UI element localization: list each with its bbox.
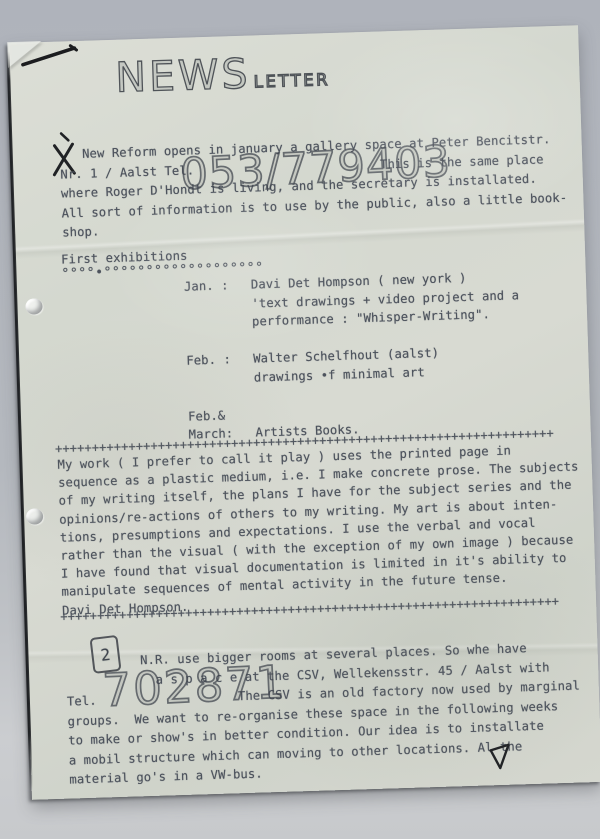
pen-arrow-mark <box>486 742 515 775</box>
hole-punch-bottom <box>26 508 43 525</box>
hole-punch-top <box>25 298 42 315</box>
pen-slash-mark <box>18 41 85 69</box>
pen-stroke-icon <box>18 41 85 69</box>
paper-left-edge-shadow <box>7 51 33 791</box>
scanned-newsletter-page: NEWS LETTER New Reform opens in january … <box>8 25 600 800</box>
newsletter-title: NEWS LETTER <box>115 47 331 102</box>
photo-background: { "header": { "title_main": "NEWS", "tit… <box>0 0 600 839</box>
phone-stamp-2: 702871 <box>101 655 287 717</box>
title-letter: LETTER <box>253 70 330 91</box>
artist-statement: My work ( I prefer to call it play ) use… <box>57 431 583 619</box>
exhibitions-list: Jan. : Davi Det Hompson ( new york ) 'te… <box>184 267 524 444</box>
arrowhead-icon <box>486 742 515 775</box>
title-news: NEWS <box>115 50 252 102</box>
